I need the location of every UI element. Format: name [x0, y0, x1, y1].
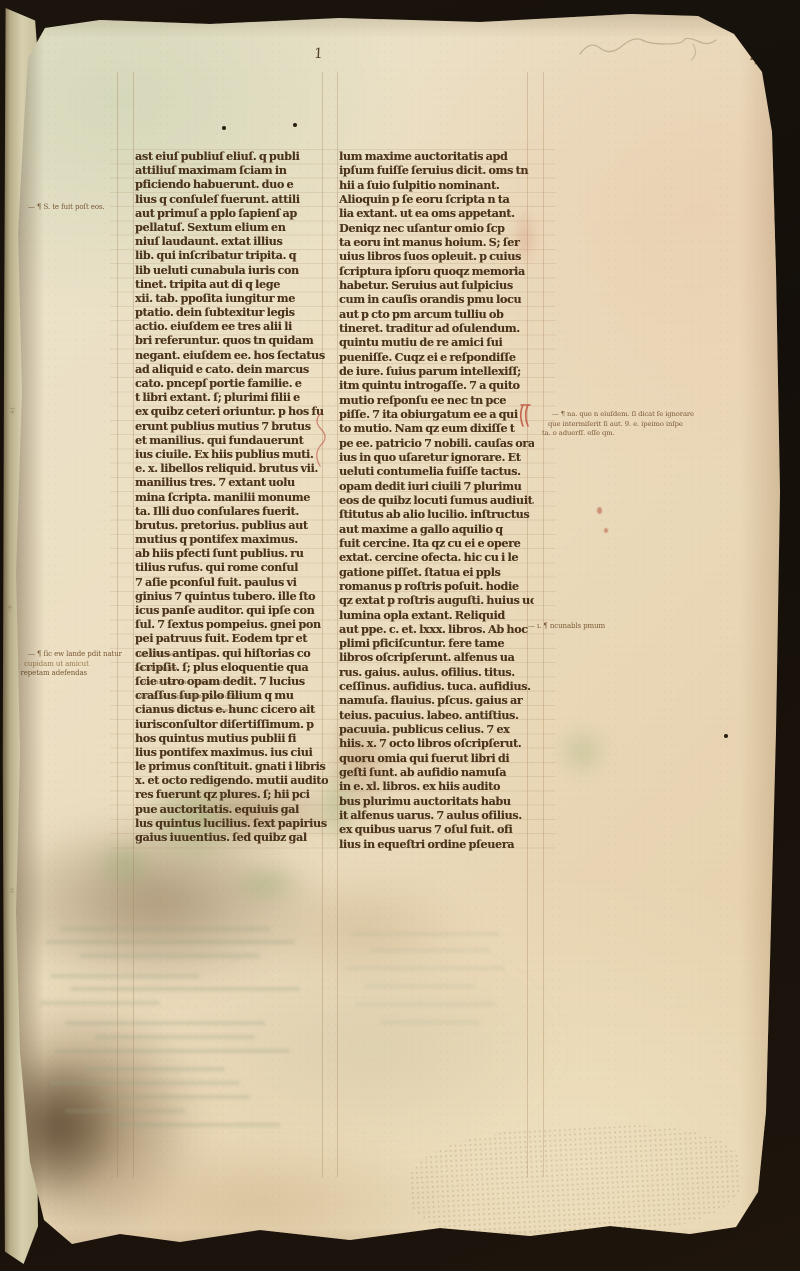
text-line: celius antipas. qui hiſtorias co — [135, 646, 328, 660]
text-line: 7 aſie pconſul fuit. paulus vi — [135, 575, 328, 589]
text-line: ueluti contumelia fuiſſe tactus. — [339, 464, 534, 478]
text-column-right: lum maxime auctoritatis apdipſum fuiſſe … — [339, 149, 534, 851]
text-line: ab hiis pfecti ſunt publius. ru — [135, 546, 328, 560]
text-line: rus. gaius. aulus. ofilius. titus. — [339, 665, 534, 679]
text-line: lius in equeſtri ordine pſeuera — [339, 837, 534, 851]
text-line: mutius q pontifex maximus. — [135, 532, 328, 546]
column-tick-mark: 1 — [314, 46, 324, 62]
gutter-text-fragment: q: — [7, 605, 13, 613]
text-line: niuſ laudaunt. extat illius — [135, 234, 328, 248]
margin-note-line: q repetam adefendas — [14, 669, 122, 679]
margin-note-right-lower: — ı. ¶ ncunabls pmum — [528, 622, 605, 632]
text-line: aut maxime a gallo aquilio q — [339, 522, 534, 536]
stain-corner-dark — [10, 1002, 200, 1242]
ink-dot — [724, 734, 728, 738]
text-line: lum maxime auctoritatis apd — [339, 149, 534, 163]
stain-haze — [190, 952, 550, 1142]
text-line: hii a ſuio ſulpitio nominant. — [339, 178, 534, 192]
text-line: opam dedit iuri ciuili 7 plurimu — [339, 479, 534, 493]
text-line: ast eiuſ publiuſ eliuſ. q publi — [135, 149, 328, 163]
text-line: ipſum fuiſſe ſeruius dicit. oms tn — [339, 163, 534, 177]
text-line: tinet. tripita aut di q lege — [135, 277, 328, 291]
folio-number: 4 — [749, 41, 767, 70]
text-line: mina ſcripta. manilii monume — [135, 490, 328, 504]
ink-dot — [222, 126, 226, 130]
text-line: pe ee. patricio 7 nobili. cauſas oran. — [339, 436, 534, 450]
text-line: namuſa. flauius. pſcus. gaius ar — [339, 693, 534, 707]
text-line: actio. eiuſdem ee tres alii li — [135, 319, 328, 333]
stain-green — [555, 724, 610, 779]
text-line: teius. pacuius. labeo. antiſtius. — [339, 708, 534, 722]
text-line: pficiendo habuerunt. duo e — [135, 177, 328, 191]
text-line: uius libros ſuos opleuit. p cuius — [339, 249, 534, 263]
text-line: bri referuntur. quos tn quidam — [135, 333, 328, 347]
stain-bottom-edge — [70, 1142, 450, 1262]
text-line: pacuuia. publicus celius. 7 ex — [339, 722, 534, 736]
right-edge-shadow — [740, 12, 788, 1262]
text-line: ceſſinus. aufidius. tuca. aufidius. — [339, 679, 534, 693]
text-line: ſul. 7 ſextus pompeius. gnei pon — [135, 617, 328, 631]
text-line: le primus conſtituit. gnati i libris — [135, 759, 328, 773]
text-line: romanus p roſtris poſuit. hodie — [339, 579, 534, 593]
text-line: mutio reſponſu ee nec tn pce — [339, 393, 534, 407]
text-line: pellatuſ. Sextum elium en — [135, 220, 328, 234]
text-line: ex quibus uarus 7 oſul fuit. ofi — [339, 822, 534, 836]
text-line: eos de quibz locuti ſumus audiuit. i — [339, 493, 534, 507]
text-line: ad aliquid e cato. dein marcus — [135, 362, 328, 376]
text-line: e. x. libellos reliquid. brutus vii. — [135, 461, 328, 475]
text-line: hos quintus mutius publii fi — [135, 731, 328, 745]
text-line: aut ppe. c. et. lxxx. libros. Ab hoc — [339, 622, 534, 636]
red-ink-speck — [597, 507, 602, 514]
manuscript-page: ast eiuſ publiuſ eliuſ. q publiattiliuſ … — [10, 12, 788, 1262]
text-line: ſcie utro opam dedit. 7 lucius — [135, 674, 328, 688]
text-line: aut primuſ a pplo ſapienſ ap — [135, 206, 328, 220]
text-line: lia extant. ut ea oms appetant. — [339, 206, 534, 220]
text-line: ius ciuile. Ex hiis publius muti. — [135, 447, 328, 461]
text-line: gatione piſſet. ſtatua ei ppls — [339, 565, 534, 579]
text-line: Alioquin p ſe eoru ſcripta n ta — [339, 192, 534, 206]
text-line: extat. cercine ofecta. hic cu i le — [339, 550, 534, 564]
text-line: ta. Illi duo conſulares fuerit. — [135, 504, 328, 518]
red-squiggle-icon — [310, 412, 330, 468]
offset-text-ghost — [340, 932, 540, 1052]
gutter-text-fragment: ıı — [9, 888, 15, 894]
text-line: erunt publius mutius 7 brutus — [135, 419, 328, 433]
vertical-ruling — [133, 72, 134, 1177]
text-line: ſcripſit. ſ; plus eloquentie qua — [135, 660, 328, 674]
text-line: Deniqz nec uſantur omio ſcp — [339, 221, 534, 235]
text-line: quoru omia qui fuerut libri di — [339, 751, 534, 765]
text-line: ginius 7 quintus tubero. ille ſto — [135, 589, 328, 603]
bottom-edge-shadow — [10, 1228, 788, 1262]
text-line: to mutio. Nam qz eum dixiſſe t — [339, 421, 534, 435]
stain-green — [90, 837, 160, 892]
text-line: pueniſſe. Cuqz ei e reſpondiſſe — [339, 350, 534, 364]
offset-text-ghost — [40, 927, 340, 1137]
ink-dot — [293, 123, 297, 127]
text-line: ius in quo uſaretur ignorare. Et — [339, 450, 534, 464]
text-line: brutus. pretorius. publius aut — [135, 518, 328, 532]
margin-note-line: — ¶ na. que n eiuſdem. ſi dicat ſe ignor… — [542, 410, 694, 420]
text-line: quintu mutiu de re amici ſui — [339, 335, 534, 349]
text-column-left: ast eiuſ publiuſ eliuſ. q publiattiliuſ … — [135, 149, 328, 844]
text-line: de iure. ſuius parum intellexiſſ; — [339, 364, 534, 378]
margin-note-line: ta. o aduerſſ. eſſe qm. — [542, 429, 694, 439]
margin-note-right-upper: — ¶ na. que n eiuſdem. ſi dicat ſe ignor… — [542, 410, 694, 439]
stain-tan — [250, 872, 470, 982]
text-line: ſcriptura ipſoru quoqz memoria — [339, 264, 534, 278]
text-line: pue auctoritatis. equiuis gal — [135, 802, 328, 816]
text-line: iurisconſultor diſertiſſimum. p — [135, 717, 328, 731]
margin-note-line: cupidam ut amicut — [14, 660, 122, 670]
text-line: qz extat p roſtris auguſti. huius uo — [339, 593, 534, 607]
text-line: res fuerunt qz plures. ſ; hii pci — [135, 787, 328, 801]
text-line: in e. xl. libros. ex hiis audito — [339, 779, 534, 793]
text-line: hiis. x. 7 octo libros oſcripſerut. — [339, 736, 534, 750]
faded-inscription-icon — [575, 34, 735, 66]
text-line: fuit cercine. Ita qz cu ei e opere — [339, 536, 534, 550]
text-line: manilius tres. 7 extant uolu — [135, 475, 328, 489]
text-line: habetur. Seruius aut ſulpicius — [339, 278, 534, 292]
text-line: lib ueluti cunabula iuris con — [135, 263, 328, 277]
vertical-ruling — [337, 72, 338, 1177]
text-line: piſſe. 7 ita obiurgatum ee a qui — [339, 407, 534, 421]
vertical-ruling — [117, 72, 118, 1177]
text-line: cum in cauſis orandis pmu locu — [339, 292, 534, 306]
text-line: gaius iuuentius. ſed quibz gal — [135, 830, 328, 844]
gutter-text-fragment: ſe — [9, 407, 15, 415]
text-line: itm quintu introgaſſe. 7 a quito — [339, 378, 534, 392]
text-line: geſti ſunt. ab aufidio namuſa — [339, 765, 534, 779]
text-line: ta eoru int manus hoium. S; ſer — [339, 235, 534, 249]
text-line: tineret. traditur ad oſulendum. — [339, 321, 534, 335]
text-line: lus quintus lucilius. ſext papirius — [135, 816, 328, 830]
text-line: tilius rufus. qui rome conſul — [135, 560, 328, 574]
text-line: plimi pficiſcuntur. fere tame — [339, 636, 534, 650]
text-line: bus plurimu auctoritats habu — [339, 794, 534, 808]
text-line: pei patruus fuit. Eodem tpr et — [135, 631, 328, 645]
text-line: ex quibz ceteri oriuntur. p hos fu — [135, 404, 328, 418]
text-line: cianus dictus e. hunc cicero ait — [135, 702, 328, 716]
text-line: lius q conſuleſ fuerunt. attili — [135, 192, 328, 206]
red-ink-speck — [604, 528, 608, 533]
text-line: et manilius. qui fundauerunt — [135, 433, 328, 447]
text-line: aut p cto pm arcum tulliu ob — [339, 307, 534, 321]
margin-note-line: que intermiſerit ſi aut. 9. e. ipeimo in… — [542, 420, 694, 430]
text-line: it alfenus uarus. 7 aulus ofilius. — [339, 808, 534, 822]
text-line: icus panſe auditor. qui ipſe con — [135, 603, 328, 617]
stain-green — [225, 862, 305, 907]
text-line: craſſus ſup pilo filium q mu — [135, 688, 328, 702]
text-line: ptatio. dein ſubtexitur legis — [135, 305, 328, 319]
red-paraph-icon — [518, 404, 532, 428]
text-line: t libri extant. ſ; plurimi filii e — [135, 390, 328, 404]
margin-note-left-middle: — ¶ ſic ew lande pdit naturcupidam ut am… — [14, 650, 122, 679]
margin-note-line: — ¶ ſic ew lande pdit natur — [14, 650, 122, 660]
text-line: attiliuſ maximam ſciam in — [135, 163, 328, 177]
text-line: x. et octo redigendo. mutii audito — [135, 773, 328, 787]
text-line: libros oſcripſerunt. alfenus ua — [339, 650, 534, 664]
text-line: xii. tab. ppoſita iungitur me — [135, 291, 328, 305]
text-line: negant. eiuſdem ee. hos ſectatus — [135, 348, 328, 362]
text-line: cato. pncepſ portie familie. e — [135, 376, 328, 390]
text-line: ſtitutus ab alio lucilio. inſtructus — [339, 507, 534, 521]
margin-note-left-top: — ¶ S. te fuit poſt eos. — [28, 203, 105, 213]
text-line: lib. qui inſcribatur tripita. q — [135, 248, 328, 262]
text-line: lius pontifex maximus. ius ciui — [135, 745, 328, 759]
photograph-background: ſe q: ıı — [0, 0, 800, 1271]
text-line: lumina opla extant. Reliquid — [339, 608, 534, 622]
parchment-follicle-texture — [407, 1118, 742, 1245]
